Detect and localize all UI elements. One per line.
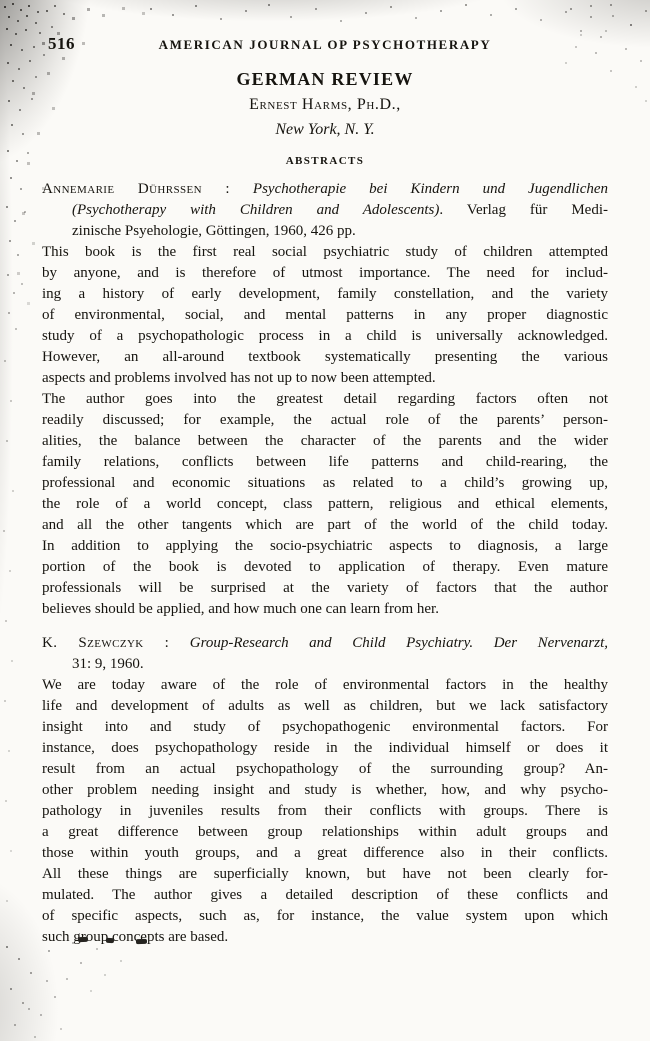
author-byline: Ernest Harms, Ph.D., bbox=[0, 96, 650, 114]
body-line: those within youth groups, and a great d… bbox=[42, 843, 608, 864]
body-line: In addition to applying the socio-psychi… bbox=[42, 536, 608, 557]
body-line: instance, does psychopathology reside in… bbox=[42, 738, 608, 759]
citation: K. Szewczyk : Group-Research and Child P… bbox=[42, 633, 608, 675]
body-line: pathology in juveniles results from thei… bbox=[42, 801, 608, 822]
body-line: readily discussed; for example, the actu… bbox=[42, 410, 608, 431]
citation-line: zinische Psyehologie, Göttingen, 1960, 4… bbox=[42, 221, 608, 242]
citation: Annemarie Dührssen : Psychotherapie bei … bbox=[42, 179, 608, 242]
citation-line: Annemarie Dührssen : Psychotherapie bei … bbox=[42, 179, 608, 200]
scan-noise bbox=[2, 340, 4, 342]
citation-author: K. Szewczyk : bbox=[42, 635, 169, 651]
body-line: mulated. The author gives a detailed des… bbox=[42, 885, 608, 906]
body-line: professional and economic situations as … bbox=[42, 473, 608, 494]
body-line: a great difference between group relatio… bbox=[42, 822, 608, 843]
citation-publisher: . Verlag für Medi- bbox=[439, 202, 608, 218]
abstracts-content: Annemarie Dührssen : Psychotherapie bei … bbox=[42, 179, 608, 948]
scan-noise bbox=[2, 936, 4, 938]
body-line: ing a history of early development, fami… bbox=[42, 284, 608, 305]
review-title: GERMAN REVIEW bbox=[0, 69, 650, 90]
abstract-paragraph: This book is the first real social psych… bbox=[42, 242, 608, 389]
body-line: All these things are superficially known… bbox=[42, 864, 608, 885]
body-line: portion of the book is devoted to applic… bbox=[42, 557, 608, 578]
body-line: of environmental, social, and mental pat… bbox=[42, 305, 608, 326]
abstract-paragraph: The author goes into the greatest detail… bbox=[42, 389, 608, 620]
citation-line: 31: 9, 1960. bbox=[42, 654, 608, 675]
body-line: believes should be applied, and how much… bbox=[42, 599, 608, 620]
citation-line: K. Szewczyk : Group-Research and Child P… bbox=[42, 633, 608, 654]
running-head: AMERICAN JOURNAL OP PSYCHOTHERAPY bbox=[0, 37, 650, 53]
page-header: 516 AMERICAN JOURNAL OP PSYCHOTHERAPY bbox=[0, 0, 650, 53]
body-line: by anyone, and is therefore of utmost im… bbox=[42, 263, 608, 284]
abstract-paragraph: We are today aware of the role of enviro… bbox=[42, 675, 608, 948]
abstract-entry-szewczyk: K. Szewczyk : Group-Research and Child P… bbox=[42, 633, 608, 948]
body-line: However, an all-around textbook systemat… bbox=[42, 347, 608, 368]
body-line: alities, the balance between the charact… bbox=[42, 431, 608, 452]
body-line: This book is the first real social psych… bbox=[42, 242, 608, 263]
citation-line: (Psychotherapy with Children and Adolesc… bbox=[42, 200, 608, 221]
citation-title: Psychotherapie bei Kindern und Jugendlic… bbox=[253, 181, 608, 197]
body-line: insight into and study of psychopathogen… bbox=[42, 717, 608, 738]
section-label: ABSTRACTS bbox=[0, 155, 650, 167]
journal-page-scan: 516 AMERICAN JOURNAL OP PSYCHOTHERAPY GE… bbox=[0, 0, 650, 1041]
body-line: result from an actual psychopathology of… bbox=[42, 759, 608, 780]
body-line: study of a psychopathologic process in a… bbox=[42, 326, 608, 347]
body-line: and all the other tangents which are par… bbox=[42, 515, 608, 536]
body-line: professionals will be surprised at the v… bbox=[42, 578, 608, 599]
body-line: the role of a world concept, class patte… bbox=[42, 494, 608, 515]
abstract-entry-duhrssen: Annemarie Dührssen : Psychotherapie bei … bbox=[42, 179, 608, 620]
body-line: aspects and problems involved has not up… bbox=[42, 368, 608, 389]
body-line: We are today aware of the role of enviro… bbox=[42, 675, 608, 696]
body-line: life and development of adults as well a… bbox=[42, 696, 608, 717]
body-line: The author goes into the greatest detail… bbox=[42, 389, 608, 410]
citation-title: Group-Research and Child Psychiatry. Der… bbox=[190, 635, 608, 651]
citation-translated-title: (Psychotherapy with Children and Adolesc… bbox=[72, 202, 439, 218]
page-number: 516 bbox=[48, 34, 75, 54]
body-line: of specific aspects, such as, for instan… bbox=[42, 906, 608, 927]
body-line: other problem needing insight and study … bbox=[42, 780, 608, 801]
citation-author: Annemarie Dührssen : bbox=[42, 181, 230, 197]
body-line: family relations, conflicts between life… bbox=[42, 452, 608, 473]
body-line: such group concepts are based. bbox=[42, 927, 608, 948]
author-location: New York, N. Y. bbox=[0, 121, 650, 139]
